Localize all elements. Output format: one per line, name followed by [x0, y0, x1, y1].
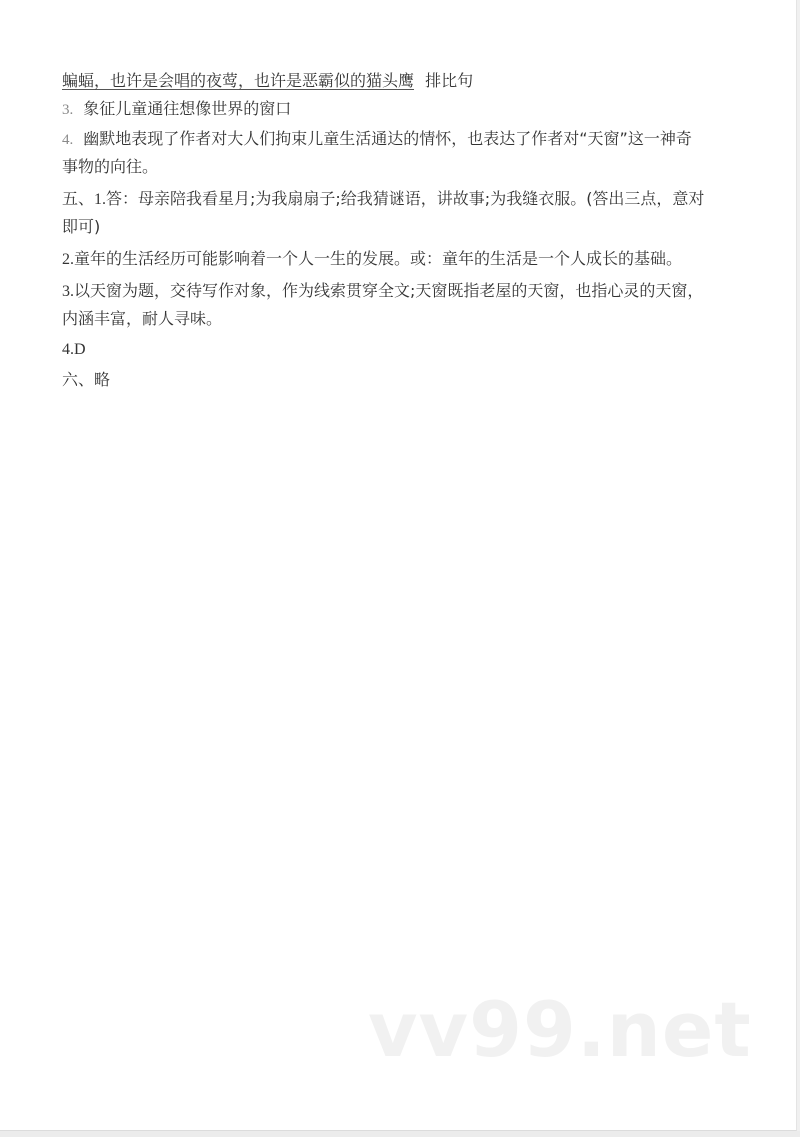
item-number: 4. — [62, 132, 73, 148]
section-5-answer-3: 3.以天窗为题，交待写作对象，作为线索贯穿全文;天窗既指老屋的天窗，也指心灵的天… — [62, 280, 703, 302]
answer-text: 即可) — [62, 217, 100, 236]
section-5-answer-1: 五、1.答：母亲陪我看星月;为我扇扇子;给我猜谜语，讲故事;为我缝衣服。(答出三… — [62, 188, 704, 210]
answer-text: 幽默地表现了作者对大人们拘束儿童生活通达的情怀，也表达了作者对“天窗”这一神奇 — [83, 129, 692, 148]
answer-text: 以天窗为题，交待写作对象，作为线索贯穿全文;天窗既指老屋的天窗，也指心灵的天窗， — [74, 281, 703, 300]
answer-line-4-cont: 事物的向往。 — [62, 156, 158, 178]
underlined-quote: 蝙蝠，也许是会唱的夜莺，也许是恶霸似的猫头鹰 — [62, 71, 414, 90]
answer-text: 六、略 — [62, 370, 110, 389]
item-number: 3. — [62, 102, 73, 118]
item-number: 1. — [94, 191, 106, 208]
document-page: 蝙蝠，也许是会唱的夜莺，也许是恶霸似的猫头鹰 排比句 3.象征儿童通往想像世界的… — [0, 0, 797, 1131]
section-5-answer-4: 4.D — [62, 339, 86, 361]
answer-text: 答：母亲陪我看星月;为我扇扇子;给我猜谜语，讲故事;为我缝衣服。(答出三点，意对 — [106, 189, 704, 208]
page-edge-bottom — [0, 1131, 800, 1137]
section-5-answer-1-cont: 即可) — [62, 216, 100, 238]
section-heading: 五、 — [62, 189, 94, 208]
section-5-answer-2: 2.童年的生活经历可能影响着一个人一生的发展。或：童年的生活是一个人成长的基础。 — [62, 248, 682, 270]
item-number: 3. — [62, 283, 74, 300]
answer-text: 内涵丰富，耐人寻味。 — [62, 309, 222, 328]
answer-line-4: 4.幽默地表现了作者对大人们拘束儿童生活通达的情怀，也表达了作者对“天窗”这一神… — [62, 128, 692, 150]
answer-text: 4.D — [62, 341, 86, 358]
answer-text: 童年的生活经历可能影响着一个人一生的发展。或：童年的生活是一个人成长的基础。 — [74, 249, 682, 268]
answer-line-rhetoric: 蝙蝠，也许是会唱的夜莺，也许是恶霸似的猫头鹰 排比句 — [62, 70, 473, 92]
watermark: vv99.net — [368, 990, 752, 1070]
answer-text: 象征儿童通往想像世界的窗口 — [83, 99, 291, 118]
rhetoric-label: 排比句 — [425, 71, 473, 90]
answer-line-3: 3.象征儿童通往想像世界的窗口 — [62, 98, 291, 120]
item-number: 2. — [62, 251, 74, 268]
section-6-answer: 六、略 — [62, 369, 110, 391]
answer-text: 事物的向往。 — [62, 157, 158, 176]
section-5-answer-3-cont: 内涵丰富，耐人寻味。 — [62, 308, 222, 330]
